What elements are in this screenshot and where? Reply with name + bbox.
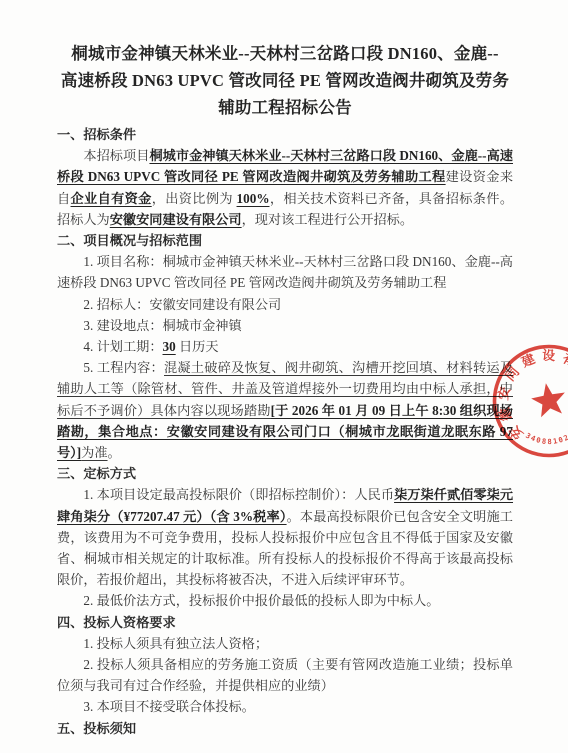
paragraph: 1. 投标人须具有独立法人资格；	[57, 633, 513, 654]
paragraph: 3. 本项目不接受联合体投标。	[57, 696, 513, 717]
text-run: 为准	[81, 445, 107, 460]
document-title: 桐城市金神镇天林米业--天林村三岔路口段 DN160、金鹿-- 高速桥段 DN6…	[57, 40, 513, 121]
text-run: 四、投标人资格要求	[57, 615, 176, 630]
text-run: 100%	[237, 191, 270, 206]
text-run: 安徽安同建设有限公司	[110, 212, 242, 227]
title-line-1: 桐城市金神镇天林米业--天林村三岔路口段 DN160、金鹿--	[57, 40, 513, 67]
paragraph: 1. 本项目设定最高投标限价（即招标控制价）：人民币柒万柒仟贰佰零柒元肆角柒分（…	[57, 484, 513, 590]
paragraph: 3. 建设地点：桐城市金神镇	[57, 315, 513, 336]
text-run: 企业自有资金	[71, 191, 152, 206]
section-heading: 三、定标方式	[57, 463, 513, 484]
text-run: ，出资比例为	[152, 191, 237, 206]
section-heading: 二、项目概况与招标范围	[57, 230, 513, 251]
text-run: 3. 本项目不接受联合体投标。	[83, 699, 254, 714]
text-run: 2. 投标人须具备相应的劳务施工资质（主要有管网改造施工业绩；投标单位须与我司有…	[57, 657, 513, 693]
text-run: 五、投标须知	[57, 721, 136, 736]
section-heading: 一、招标条件	[57, 124, 513, 145]
title-line-2: 高速桥段 DN63 UPVC 管改同径 PE 管网改造阀井砌筑及劳务	[57, 67, 513, 94]
text-run: 本招标项目	[83, 148, 149, 163]
text-run: 日历天	[176, 339, 219, 354]
text-run: 30	[163, 339, 176, 354]
section-heading: 五、投标须知	[57, 718, 513, 739]
paragraph: 2. 投标人须具备相应的劳务施工资质（主要有管网改造施工业绩；投标单位须与我司有…	[57, 654, 513, 696]
document-content: 桐城市金神镇天林米业--天林村三岔路口段 DN160、金鹿-- 高速桥段 DN6…	[57, 40, 513, 739]
paragraph: 4. 计划工期：30 日历天	[57, 336, 513, 357]
text-run: 5. 工程内容：	[83, 360, 164, 375]
text-run: 1. 本项目设定最高投标限价（即招标控制价）：人民币	[83, 487, 394, 502]
text-run: 3. 建设地点：桐城市金神镇	[83, 318, 241, 333]
document-page: 桐城市金神镇天林米业--天林村三岔路口段 DN160、金鹿-- 高速桥段 DN6…	[0, 0, 568, 753]
paragraph: 2. 招标人：安徽安同建设有限公司	[57, 294, 513, 315]
text-run: 1. 项目名称：桐城市金神镇天林米业--天林村三岔路口段 DN160、金鹿--高…	[57, 254, 513, 290]
svg-text:34088102387: 34088102387	[523, 421, 568, 451]
paragraph: 本招标项目桐城市金神镇天林米业--天林村三岔路口段 DN160、金鹿--高速桥段…	[57, 145, 513, 230]
text-run: 1. 投标人须具有独立法人资格；	[83, 636, 268, 651]
title-line-3: 辅助工程招标公告	[57, 94, 513, 121]
seal-number-text: 34088102387	[523, 421, 568, 451]
text-run: 三、定标方式	[57, 466, 136, 481]
text-run: 2. 最低价法方式，投标报价中报价最低的投标人即为中标人。	[83, 593, 439, 608]
text-run: ，现对该工程进行公开招标。	[242, 212, 413, 227]
text-run: 二、项目概况与招标范围	[57, 233, 202, 248]
text-run: 一、招标条件	[57, 127, 136, 142]
text-run: 。	[108, 445, 121, 460]
section-heading: 四、投标人资格要求	[57, 612, 513, 633]
paragraph: 1. 项目名称：桐城市金神镇天林米业--天林村三岔路口段 DN160、金鹿--高…	[57, 251, 513, 293]
document-body: 一、招标条件本招标项目桐城市金神镇天林米业--天林村三岔路口段 DN160、金鹿…	[57, 124, 513, 739]
text-run: 4. 计划工期：	[83, 339, 162, 354]
seal-star-icon	[529, 380, 568, 418]
text-run: 2. 招标人：安徽安同建设有限公司	[83, 297, 281, 312]
paragraph: 2. 最低价法方式，投标报价中报价最低的投标人即为中标人。	[57, 590, 513, 611]
paragraph: 5. 工程内容：混凝土破碎及恢复、阀井砌筑、沟槽开挖回填、材料转运及辅助人工等（…	[57, 357, 513, 463]
